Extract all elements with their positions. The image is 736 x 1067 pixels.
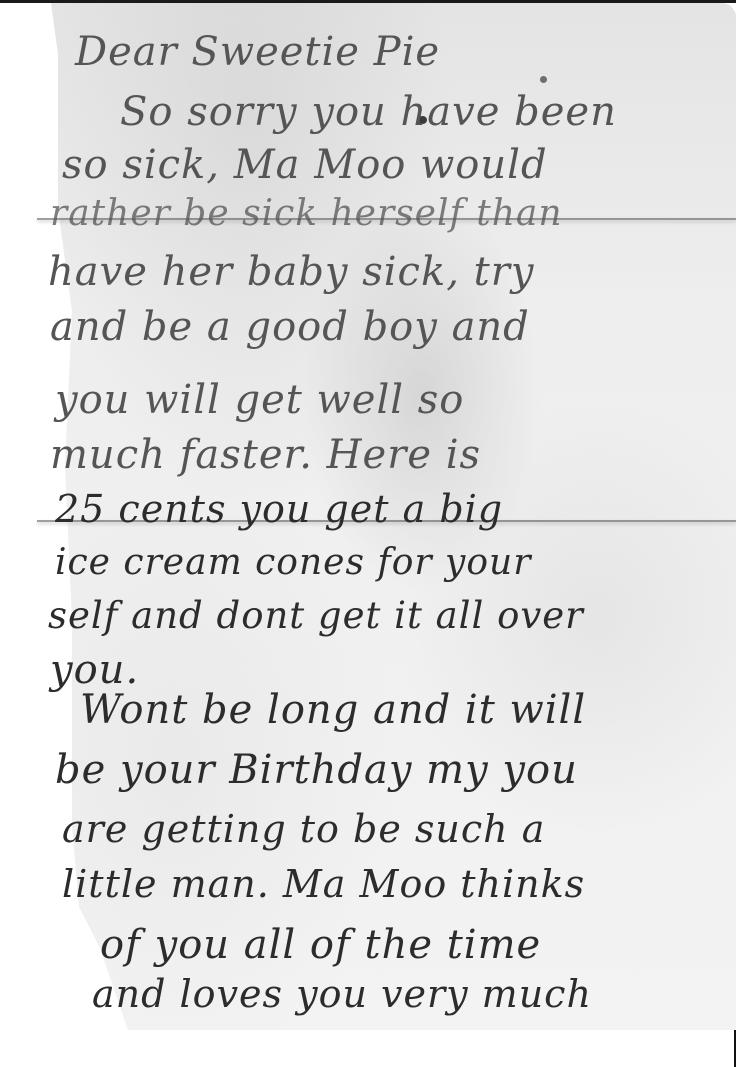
letter-line: be your Birthday my you xyxy=(55,750,578,790)
letter-line: 25 cents you get a big xyxy=(55,490,503,528)
letter-line: little man. Ma Moo thinks xyxy=(62,865,585,903)
scanned-letter: Dear Sweetie Pie So sorry you have been … xyxy=(0,0,736,1067)
letter-line: and be a good boy and xyxy=(50,307,530,347)
letter-greeting: Dear Sweetie Pie xyxy=(75,32,440,72)
letter-line: Wont be long and it will xyxy=(80,690,586,730)
letter-line: self and dont get it all over xyxy=(48,597,584,634)
letter-text: Dear Sweetie Pie So sorry you have been … xyxy=(0,0,736,1067)
letter-line: so sick, Ma Moo would xyxy=(62,145,548,185)
letter-line: are getting to be such a xyxy=(62,810,545,848)
letter-line: much faster. Here is xyxy=(50,435,481,475)
letter-line: and loves you very much xyxy=(92,975,592,1013)
letter-line: ice cream cones for your xyxy=(55,545,531,581)
letter-line: So sorry you have been xyxy=(120,92,617,132)
letter-line: you will get well so xyxy=(55,380,464,420)
letter-line: of you all of the time xyxy=(100,925,541,965)
letter-line: rather be sick herself than xyxy=(50,196,563,232)
letter-line: you. xyxy=(50,650,139,690)
letter-line: have her baby sick, try xyxy=(48,252,534,292)
